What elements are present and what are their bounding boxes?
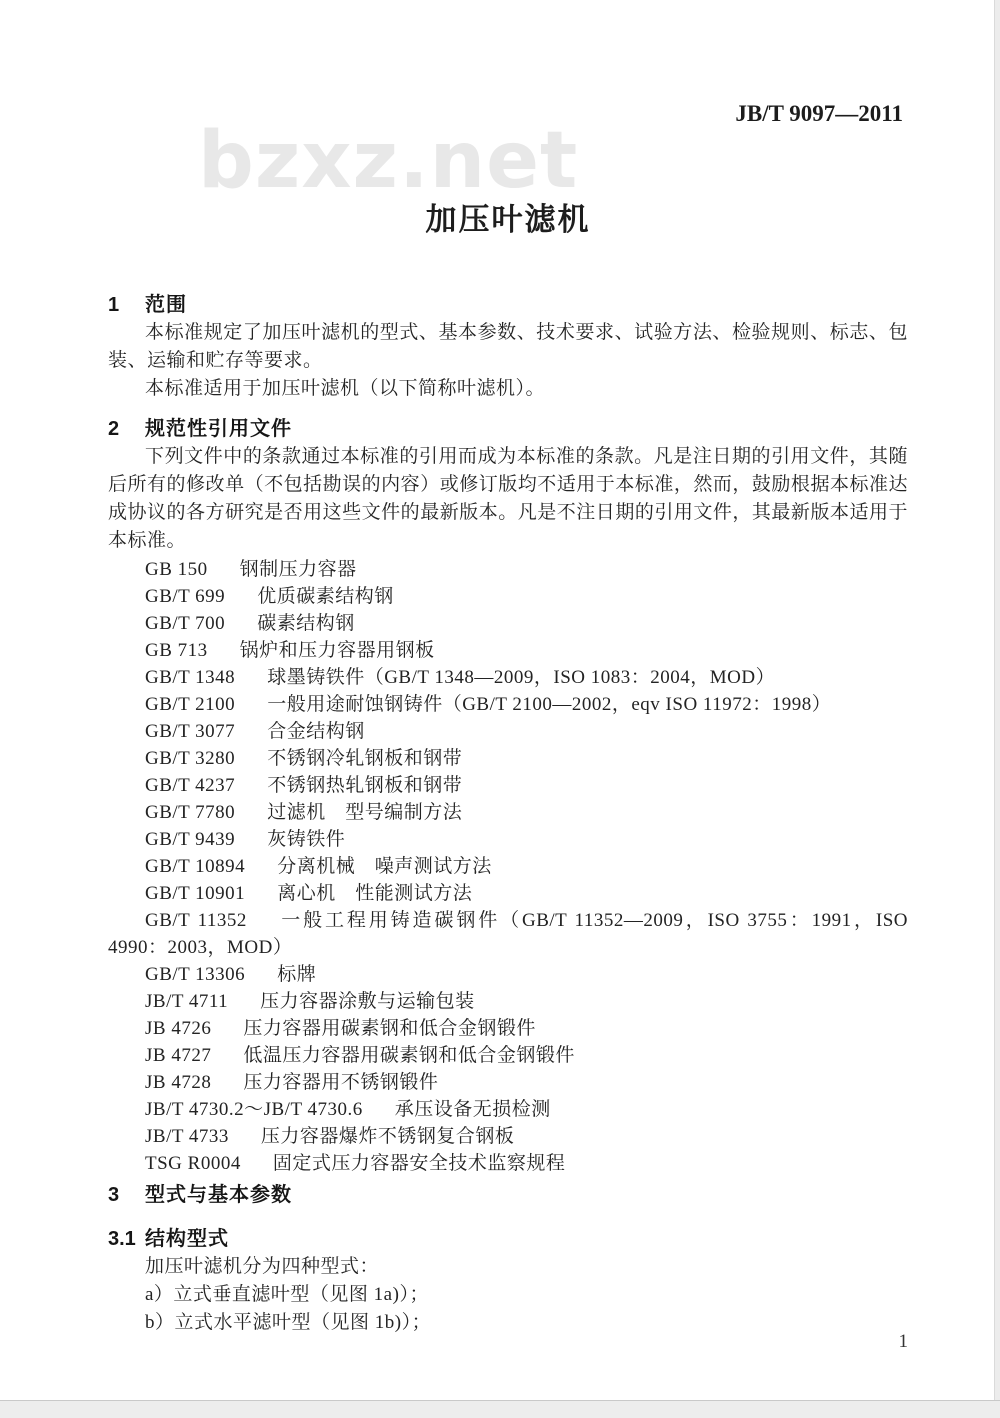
reference-item: TSG R0004固定式压力容器安全技术监察规程 [108, 1150, 908, 1177]
section-number: 3 [108, 1181, 145, 1209]
reference-item: GB/T 700碳素结构钢 [108, 610, 908, 637]
reference-code: GB/T 9439 [145, 829, 235, 850]
reference-code: GB/T 11352 [145, 910, 247, 931]
reference-code: GB/T 699 [145, 586, 225, 607]
reference-item: JB/T 4733压力容器爆炸不锈钢复合钢板 [108, 1123, 908, 1150]
reference-item: GB/T 10901离心机 性能测试方法 [108, 880, 908, 907]
reference-item: GB/T 13306标牌 [108, 961, 908, 988]
reference-name: 离心机 性能测试方法 [277, 883, 472, 904]
reference-item: GB/T 2100一般用途耐蚀钢铸件（GB/T 2100—2002，eqv IS… [108, 691, 908, 718]
paragraph: 本标准规定了加压叶滤机的型式、基本参数、技术要求、试验方法、检验规则、标志、包装… [108, 319, 908, 375]
reference-name: 固定式压力容器安全技术监察规程 [273, 1153, 566, 1174]
subsection-number: 3.1 [108, 1225, 145, 1253]
reference-item: JB 4726压力容器用碳素钢和低合金钢锻件 [108, 1015, 908, 1042]
page-number: 1 [899, 1331, 909, 1353]
reference-name: 钢制压力容器 [240, 559, 357, 580]
reference-name: 压力容器用不锈钢锻件 [243, 1072, 438, 1093]
reference-name: 合金结构钢 [267, 721, 365, 742]
reference-item: GB/T 7780过滤机 型号编制方法 [108, 799, 908, 826]
section-heading-scope: 1范围 [108, 291, 908, 319]
paragraph: 本标准适用于加压叶滤机（以下简称叶滤机）。 [108, 375, 908, 403]
section-title: 规范性引用文件 [145, 418, 292, 440]
reference-name: 承压设备无损检测 [395, 1099, 551, 1120]
page-content: 加压叶滤机 1范围 本标准规定了加压叶滤机的型式、基本参数、技术要求、试验方法、… [108, 0, 908, 1337]
reference-code: GB/T 13306 [145, 964, 245, 985]
reference-item: JB 4727低温压力容器用碳素钢和低合金钢锻件 [108, 1042, 908, 1069]
reference-name: 压力容器涂敷与运输包装 [260, 991, 475, 1012]
reference-code: GB/T 1348 [145, 667, 235, 688]
reference-code: GB/T 3077 [145, 721, 235, 742]
reference-item: GB/T 9439灰铸铁件 [108, 826, 908, 853]
reference-code: GB/T 2100 [145, 694, 235, 715]
reference-name: 灰铸铁件 [267, 829, 345, 850]
reference-code: JB/T 4730.2～JB/T 4730.6 [145, 1099, 363, 1120]
list-item: a）立式垂直滤叶型（见图 1a)）； [108, 1281, 908, 1309]
reference-name: 不锈钢热轧钢板和钢带 [267, 775, 462, 796]
reference-item: GB 713锅炉和压力容器用钢板 [108, 637, 908, 664]
paragraph: 下列文件中的条款通过本标准的引用而成为本标准的条款。凡是注日期的引用文件，其随后… [108, 443, 908, 555]
reference-name: 压力容器爆炸不锈钢复合钢板 [261, 1126, 515, 1147]
reference-code: JB 4726 [145, 1018, 211, 1039]
reference-name: 压力容器用碳素钢和低合金钢锻件 [243, 1018, 536, 1039]
document-page: bzxz.net JB/T 9097—2011 加压叶滤机 1范围 本标准规定了… [0, 0, 1000, 1418]
reference-code: JB 4728 [145, 1072, 211, 1093]
reference-item: JB/T 4730.2～JB/T 4730.6承压设备无损检测 [108, 1096, 908, 1123]
reference-code: GB/T 7780 [145, 802, 235, 823]
scan-right-edge [994, 0, 1000, 1418]
reference-name: 不锈钢冷轧钢板和钢带 [267, 748, 462, 769]
reference-item: GB/T 699优质碳素结构钢 [108, 583, 908, 610]
reference-code: JB 4727 [145, 1045, 211, 1066]
section-number: 2 [108, 415, 145, 443]
reference-name: 球墨铸铁件（GB/T 1348—2009，ISO 1083：2004，MOD） [267, 667, 775, 688]
reference-name: 碳素结构钢 [257, 613, 355, 634]
reference-item: GB/T 3280不锈钢冷轧钢板和钢带 [108, 745, 908, 772]
reference-list: GB 150钢制压力容器 GB/T 699优质碳素结构钢 GB/T 700碳素结… [108, 556, 908, 1177]
reference-code: GB/T 700 [145, 613, 225, 634]
reference-name: 过滤机 型号编制方法 [267, 802, 462, 823]
reference-name: 分离机械 噪声测试方法 [277, 856, 492, 877]
list-item: b）立式水平滤叶型（见图 1b)）； [108, 1309, 908, 1337]
reference-code: GB/T 10894 [145, 856, 245, 877]
reference-code: GB 150 [145, 559, 208, 580]
reference-code: GB/T 3280 [145, 748, 235, 769]
reference-item: JB/T 4711压力容器涂敷与运输包装 [108, 988, 908, 1015]
subsection-heading-structure-type: 3.1结构型式 [108, 1225, 908, 1253]
reference-name: 低温压力容器用碳素钢和低合金钢锻件 [243, 1045, 575, 1066]
reference-code: JB/T 4711 [145, 991, 228, 1012]
reference-code: GB/T 4237 [145, 775, 235, 796]
scan-bottom-edge [0, 1400, 1000, 1418]
subsection-title: 结构型式 [145, 1228, 229, 1250]
document-title: 加压叶滤机 [108, 199, 908, 241]
reference-item: JB 4728压力容器用不锈钢锻件 [108, 1069, 908, 1096]
reference-item: GB 150钢制压力容器 [108, 556, 908, 583]
reference-name: 一般用途耐蚀钢铸件（GB/T 2100—2002，eqv ISO 11972：1… [267, 694, 831, 715]
type-list-intro: 加压叶滤机分为四种型式： [108, 1253, 908, 1281]
reference-item: GB/T 4237不锈钢热轧钢板和钢带 [108, 772, 908, 799]
reference-item: GB/T 3077合金结构钢 [108, 718, 908, 745]
section-title: 范围 [145, 294, 187, 316]
reference-code: TSG R0004 [145, 1153, 241, 1174]
reference-item: GB/T 11352一般工程用铸造碳钢件（GB/T 11352—2009，ISO… [108, 907, 908, 961]
reference-code: GB/T 10901 [145, 883, 245, 904]
reference-item: GB/T 10894分离机械 噪声测试方法 [108, 853, 908, 880]
section-title: 型式与基本参数 [145, 1184, 292, 1206]
reference-code: GB 713 [145, 640, 208, 661]
section-number: 1 [108, 291, 145, 319]
reference-name: 标牌 [277, 964, 316, 985]
reference-name: 优质碳素结构钢 [257, 586, 394, 607]
reference-code: JB/T 4733 [145, 1126, 229, 1147]
section-heading-types-parameters: 3型式与基本参数 [108, 1181, 908, 1209]
reference-name: 锅炉和压力容器用钢板 [240, 640, 435, 661]
reference-item: GB/T 1348球墨铸铁件（GB/T 1348—2009，ISO 1083：2… [108, 664, 908, 691]
section-heading-normative-references: 2规范性引用文件 [108, 415, 908, 443]
